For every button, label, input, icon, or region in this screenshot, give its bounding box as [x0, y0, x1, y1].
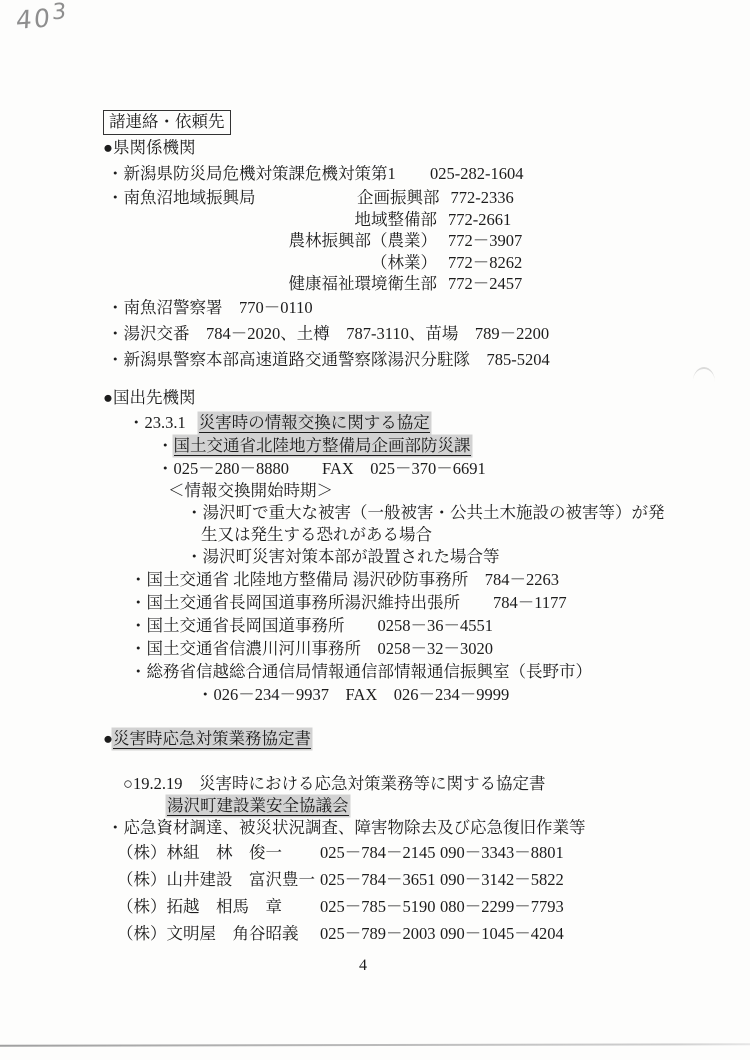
- phone-number: 772－8262: [448, 252, 522, 274]
- office-line: ・国土交通省長岡国道事務所 0258－36－4551: [130, 614, 703, 637]
- agreement-title-highlighted: 災害時の情報交換に関する協定: [199, 413, 430, 433]
- office-label: [107, 209, 253, 231]
- section-spacer: [103, 373, 703, 385]
- list-bullet: ・: [157, 436, 174, 455]
- timing-item-continuation: 生又は発生する恐れがある場合: [201, 524, 703, 546]
- title-row: 諸連絡・依頼先: [103, 110, 703, 135]
- agreement-date: ・23.3.1: [128, 413, 186, 432]
- section-bullet-icon: ●: [103, 138, 113, 157]
- section-heading-text: 県関係機関: [113, 138, 196, 157]
- mobile-number: 090－1045－4204: [440, 920, 564, 947]
- phone-number: 772－2457: [448, 273, 522, 295]
- phone-number: 025－784－2145: [320, 839, 440, 866]
- section-spacer: [103, 706, 703, 726]
- mobile-number: 090－3142－5822: [440, 866, 564, 893]
- section-heading-highlighted: 災害時応急対策業務協定書: [113, 729, 311, 749]
- timing-item: ・湯沢町災害対策本部が設置された場合等: [186, 546, 703, 568]
- office-line: ・国土交通省長岡国道事務所湯沢維持出張所 784－1177: [130, 591, 703, 614]
- office-line: ・国土交通省 北陸地方整備局 湯沢砂防事務所 784－2263: [130, 568, 703, 591]
- dept-name: 企画振興部: [256, 187, 440, 209]
- document-title-box: 諸連絡・依頼先: [103, 110, 231, 135]
- mobile-number: 080－2299－7793: [440, 893, 564, 920]
- page-number: 4: [0, 957, 726, 975]
- dept-row: 地域整備部772-2661: [107, 209, 703, 231]
- office-fax-line: ・026－234－9937 FAX 026－234－9999: [197, 683, 703, 706]
- office-label: [107, 273, 253, 295]
- office-line: ・総務省信越総合通信局情報通信部情報通信振興室（長野市）: [130, 660, 703, 683]
- section-bullet-icon: ●: [103, 388, 113, 407]
- agreement-agency-line: ・国土交通省北陸地方整備局企画部防災課: [157, 434, 703, 457]
- dept-name: 農林振興部（農業）: [253, 230, 437, 252]
- dept-name: （林業）: [253, 252, 437, 274]
- company-and-person: （株）林組 林 俊一: [117, 839, 320, 866]
- phone-number: 772-2661: [448, 209, 511, 231]
- company-and-person: （株）山井建設 富沢豊一: [117, 866, 320, 893]
- office-label: ・南魚沼地域振興局: [107, 187, 256, 209]
- company-row: （株）林組 林 俊一025－784－2145090－3343－8801: [117, 839, 703, 866]
- dept-row: ・南魚沼地域振興局企画振興部772-2336: [107, 187, 703, 209]
- contact-line-bousai: ・新潟県防災局危機対策課危機対策第1025-282-1604: [107, 161, 703, 187]
- phone-number: 025－784－3651: [320, 866, 440, 893]
- dept-name: 健康福祉環境衛生部: [253, 273, 437, 295]
- contact-line-highway-police: ・新潟県警察本部高速道路交通警察隊湯沢分駐隊 785-5204: [107, 347, 703, 373]
- section-heading-text: 国出先機関: [113, 388, 196, 407]
- contact-label: ・新潟県防災局危機対策課危機対策第1: [107, 161, 430, 187]
- company-row: （株）拓越 相馬 章025－785－5190080－2299－7793: [117, 893, 703, 920]
- council-line: 湯沢町建設業安全協議会: [167, 795, 703, 817]
- phone-number: 025-282-1604: [430, 161, 524, 187]
- agreement-phone-line: ・025－280－8880 FAX 025－370－6691: [157, 457, 703, 480]
- handwritten-raised-digit: 3: [51, 0, 68, 25]
- company-and-person: （株）拓越 相馬 章: [117, 893, 320, 920]
- handwritten-digits: 40: [15, 3, 52, 35]
- company-and-person: （株）文明屋 角谷昭義: [117, 920, 320, 947]
- dept-name: 地域整備部: [253, 209, 437, 231]
- dept-row: 農林振興部（農業）772－3907: [107, 230, 703, 252]
- scanned-document-page: 403 諸連絡・依頼先 ●県関係機関 ・新潟県防災局危機対策課危機対策第1025…: [0, 0, 750, 1060]
- section-heading-national: ●国出先機関: [103, 385, 703, 411]
- office-label: [107, 252, 253, 274]
- office-line: ・国土交通省信濃川河川事務所 0258－32－3020: [130, 637, 703, 660]
- dept-row: 健康福祉環境衛生部772－2457: [107, 273, 703, 295]
- office-label: [107, 230, 253, 252]
- contact-line-police: ・南魚沼警察署 770－0110: [107, 295, 703, 321]
- dept-row: （林業）772－8262: [107, 252, 703, 274]
- section-heading-prefecture: ●県関係機関: [103, 135, 703, 161]
- mobile-number: 090－3343－8801: [440, 839, 564, 866]
- timing-item: ・湯沢町で重大な被害（一般被害・公共土木施設の被害等）が発: [186, 502, 703, 524]
- council-name-highlighted: 湯沢町建設業安全協議会: [167, 796, 349, 816]
- section-spacer: [103, 752, 703, 773]
- handwritten-page-number: 403: [15, 2, 68, 35]
- timing-heading: ＜情報交換開始時期＞: [168, 480, 703, 502]
- agency-name-highlighted: 国土交通省北陸地方整備局企画部防災課: [174, 436, 471, 456]
- document-body: 諸連絡・依頼先 ●県関係機関 ・新潟県防災局危機対策課危機対策第1025-282…: [103, 110, 703, 947]
- phone-number: 772-2336: [451, 187, 514, 209]
- company-row: （株）山井建設 富沢豊一025－784－3651090－3142－5822: [117, 866, 703, 893]
- emergency-agreement-line: ○19.2.19 災害時における応急対策業務等に関する協定書: [123, 773, 703, 795]
- phone-number: 025－785－5190: [320, 893, 440, 920]
- scan-artifact-bottom-line: [0, 1043, 750, 1046]
- section-heading-emergency: ●災害時応急対策業務協定書: [103, 726, 703, 752]
- company-row: （株）文明屋 角谷昭義025－789－2003090－1045－4204: [117, 920, 703, 947]
- scan-artifact-arc: [693, 367, 716, 384]
- work-description-line: ・応急資材調達、被災状況調査、障害物除去及び応急復旧作業等: [107, 817, 703, 839]
- agreement-date-line: ・23.3.1災害時の情報交換に関する協定: [128, 411, 703, 434]
- section-bullet-icon: ●: [103, 729, 113, 748]
- contact-line-koban: ・湯沢交番 784－2020、土樽 787-3110、苗場 789－2200: [107, 321, 703, 347]
- phone-number: 025－789－2003: [320, 920, 440, 947]
- phone-number: 772－3907: [448, 230, 522, 252]
